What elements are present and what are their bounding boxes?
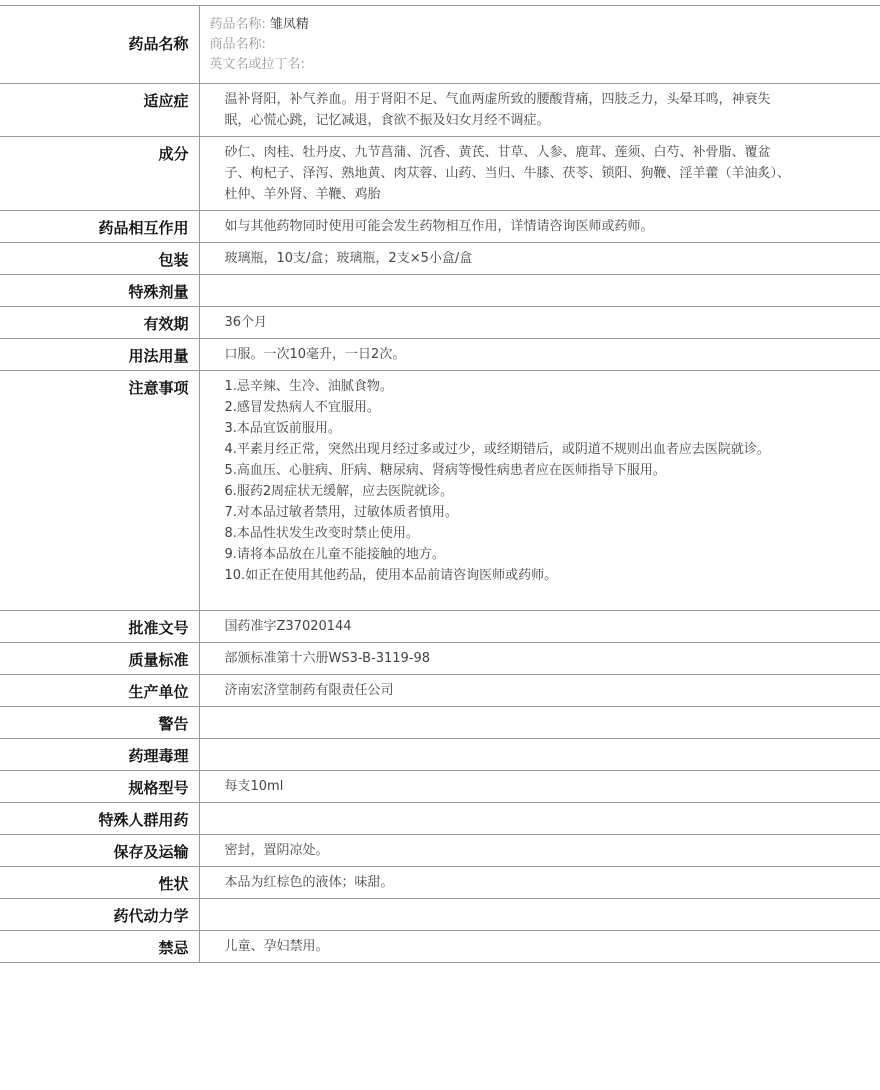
english-name-line: 英文名或拉丁名: bbox=[210, 55, 871, 75]
generic-name-line: 药品名称:雏凤精 bbox=[210, 15, 871, 35]
row-approval-number: 批准文号 国药准字Z37020144 bbox=[0, 611, 880, 643]
row-value bbox=[199, 803, 880, 835]
row-value: 国药准字Z37020144 bbox=[199, 611, 880, 643]
row-label: 规格型号 bbox=[0, 771, 199, 803]
precaution-item: 7.对本品过敏者禁用，过敏体质者慎用。 bbox=[225, 502, 791, 523]
row-label: 适应症 bbox=[0, 84, 199, 137]
generic-name-value: 雏凤精 bbox=[270, 17, 309, 32]
row-specification: 规格型号 每支10ml bbox=[0, 771, 880, 803]
precaution-item: 6.服药2周症状无缓解，应去医院就诊。 bbox=[225, 481, 791, 502]
row-label: 特殊剂量 bbox=[0, 275, 199, 307]
row-value: 济南宏济堂制药有限责任公司 bbox=[199, 675, 880, 707]
precaution-item: 3.本品宜饭前服用。 bbox=[225, 418, 791, 439]
row-description: 性状 本品为红棕色的液体；味甜。 bbox=[0, 867, 880, 899]
row-label: 药品名称 bbox=[0, 6, 199, 84]
row-value bbox=[199, 899, 880, 931]
row-packaging: 包装 玻璃瓶，10支/盒；玻璃瓶，2支×5小盒/盒 bbox=[0, 243, 880, 275]
row-precautions: 注意事项 1.忌辛辣、生冷、油腻食物。 2.感冒发热病人不宜服用。 3.本品宜饭… bbox=[0, 371, 880, 611]
row-value: 口服。一次10毫升，一日2次。 bbox=[199, 339, 880, 371]
precaution-item: 5.高血压、心脏病、肝病、糖尿病、肾病等慢性病患者应在医师指导下服用。 bbox=[225, 460, 791, 481]
row-warning: 警告 bbox=[0, 707, 880, 739]
precaution-item: 1.忌辛辣、生冷、油腻食物。 bbox=[225, 376, 791, 397]
row-label: 质量标准 bbox=[0, 643, 199, 675]
row-shelf-life: 有效期 36个月 bbox=[0, 307, 880, 339]
row-indications: 适应症 温补肾阳，补气养血。用于肾阳不足、气血两虚所致的腰酸背痛，四肢乏力，头晕… bbox=[0, 84, 880, 137]
precaution-item: 10.如正在使用其他药品，使用本品前请咨询医师或药师。 bbox=[225, 565, 791, 586]
row-contraindications: 禁忌 儿童、孕妇禁用。 bbox=[0, 931, 880, 963]
row-drug-name: 药品名称 药品名称:雏凤精 商品名称: 英文名或拉丁名: bbox=[0, 6, 880, 84]
row-label: 药品相互作用 bbox=[0, 211, 199, 243]
row-value: 每支10ml bbox=[199, 771, 880, 803]
row-label: 保存及运输 bbox=[0, 835, 199, 867]
row-quality-standard: 质量标准 部颁标准第十六册WS3-B-3119-98 bbox=[0, 643, 880, 675]
precautions-list: 1.忌辛辣、生冷、油腻食物。 2.感冒发热病人不宜服用。 3.本品宜饭前服用。 … bbox=[199, 371, 880, 611]
row-pharmacology: 药理毒理 bbox=[0, 739, 880, 771]
row-pharmacokinetics: 药代动力学 bbox=[0, 899, 880, 931]
row-label: 成分 bbox=[0, 137, 199, 211]
row-value: 玻璃瓶，10支/盒；玻璃瓶，2支×5小盒/盒 bbox=[199, 243, 880, 275]
row-label: 注意事项 bbox=[0, 371, 199, 611]
drug-name-cell: 药品名称:雏凤精 商品名称: 英文名或拉丁名: bbox=[199, 6, 880, 84]
row-manufacturer: 生产单位 济南宏济堂制药有限责任公司 bbox=[0, 675, 880, 707]
row-ingredients: 成分 砂仁、肉桂、牡丹皮、九节菖蒲、沉香、黄芪、甘草、人参、鹿茸、莲须、白芍、补… bbox=[0, 137, 880, 211]
row-storage: 保存及运输 密封，置阴凉处。 bbox=[0, 835, 880, 867]
row-label: 药代动力学 bbox=[0, 899, 199, 931]
row-value bbox=[199, 707, 880, 739]
precaution-item: 4.平素月经正常，突然出现月经过多或过少，或经期错后，或阴道不规则出血者应去医院… bbox=[225, 439, 791, 460]
row-label: 性状 bbox=[0, 867, 199, 899]
row-label: 禁忌 bbox=[0, 931, 199, 963]
precaution-item: 8.本品性状发生改变时禁止使用。 bbox=[225, 523, 791, 544]
row-special-dosage: 特殊剂量 bbox=[0, 275, 880, 307]
row-value: 如与其他药物同时使用可能会发生药物相互作用，详情请咨询医师或药师。 bbox=[199, 211, 880, 243]
row-value bbox=[199, 275, 880, 307]
row-value: 部颁标准第十六册WS3-B-3119-98 bbox=[199, 643, 880, 675]
row-label: 有效期 bbox=[0, 307, 199, 339]
trade-name-line: 商品名称: bbox=[210, 35, 871, 55]
precaution-item: 9.请将本品放在儿童不能接触的地方。 bbox=[225, 544, 791, 565]
row-interactions: 药品相互作用 如与其他药物同时使用可能会发生药物相互作用，详情请咨询医师或药师。 bbox=[0, 211, 880, 243]
drug-spec-table: 药品名称 药品名称:雏凤精 商品名称: 英文名或拉丁名: 适应症 温补肾阳，补气… bbox=[0, 5, 880, 963]
row-dosage: 用法用量 口服。一次10毫升，一日2次。 bbox=[0, 339, 880, 371]
row-label: 用法用量 bbox=[0, 339, 199, 371]
row-label: 批准文号 bbox=[0, 611, 199, 643]
row-label: 药理毒理 bbox=[0, 739, 199, 771]
row-special-populations: 特殊人群用药 bbox=[0, 803, 880, 835]
precaution-item: 2.感冒发热病人不宜服用。 bbox=[225, 397, 791, 418]
row-value: 36个月 bbox=[199, 307, 880, 339]
row-label: 警告 bbox=[0, 707, 199, 739]
row-value: 密封，置阴凉处。 bbox=[199, 835, 880, 867]
row-label: 包装 bbox=[0, 243, 199, 275]
row-label: 生产单位 bbox=[0, 675, 199, 707]
row-value: 砂仁、肉桂、牡丹皮、九节菖蒲、沉香、黄芪、甘草、人参、鹿茸、莲须、白芍、补骨脂、… bbox=[199, 137, 880, 211]
row-value: 本品为红棕色的液体；味甜。 bbox=[199, 867, 880, 899]
row-label: 特殊人群用药 bbox=[0, 803, 199, 835]
row-value bbox=[199, 739, 880, 771]
row-value: 儿童、孕妇禁用。 bbox=[199, 931, 880, 963]
row-value: 温补肾阳，补气养血。用于肾阳不足、气血两虚所致的腰酸背痛，四肢乏力，头晕耳鸣，神… bbox=[199, 84, 880, 137]
